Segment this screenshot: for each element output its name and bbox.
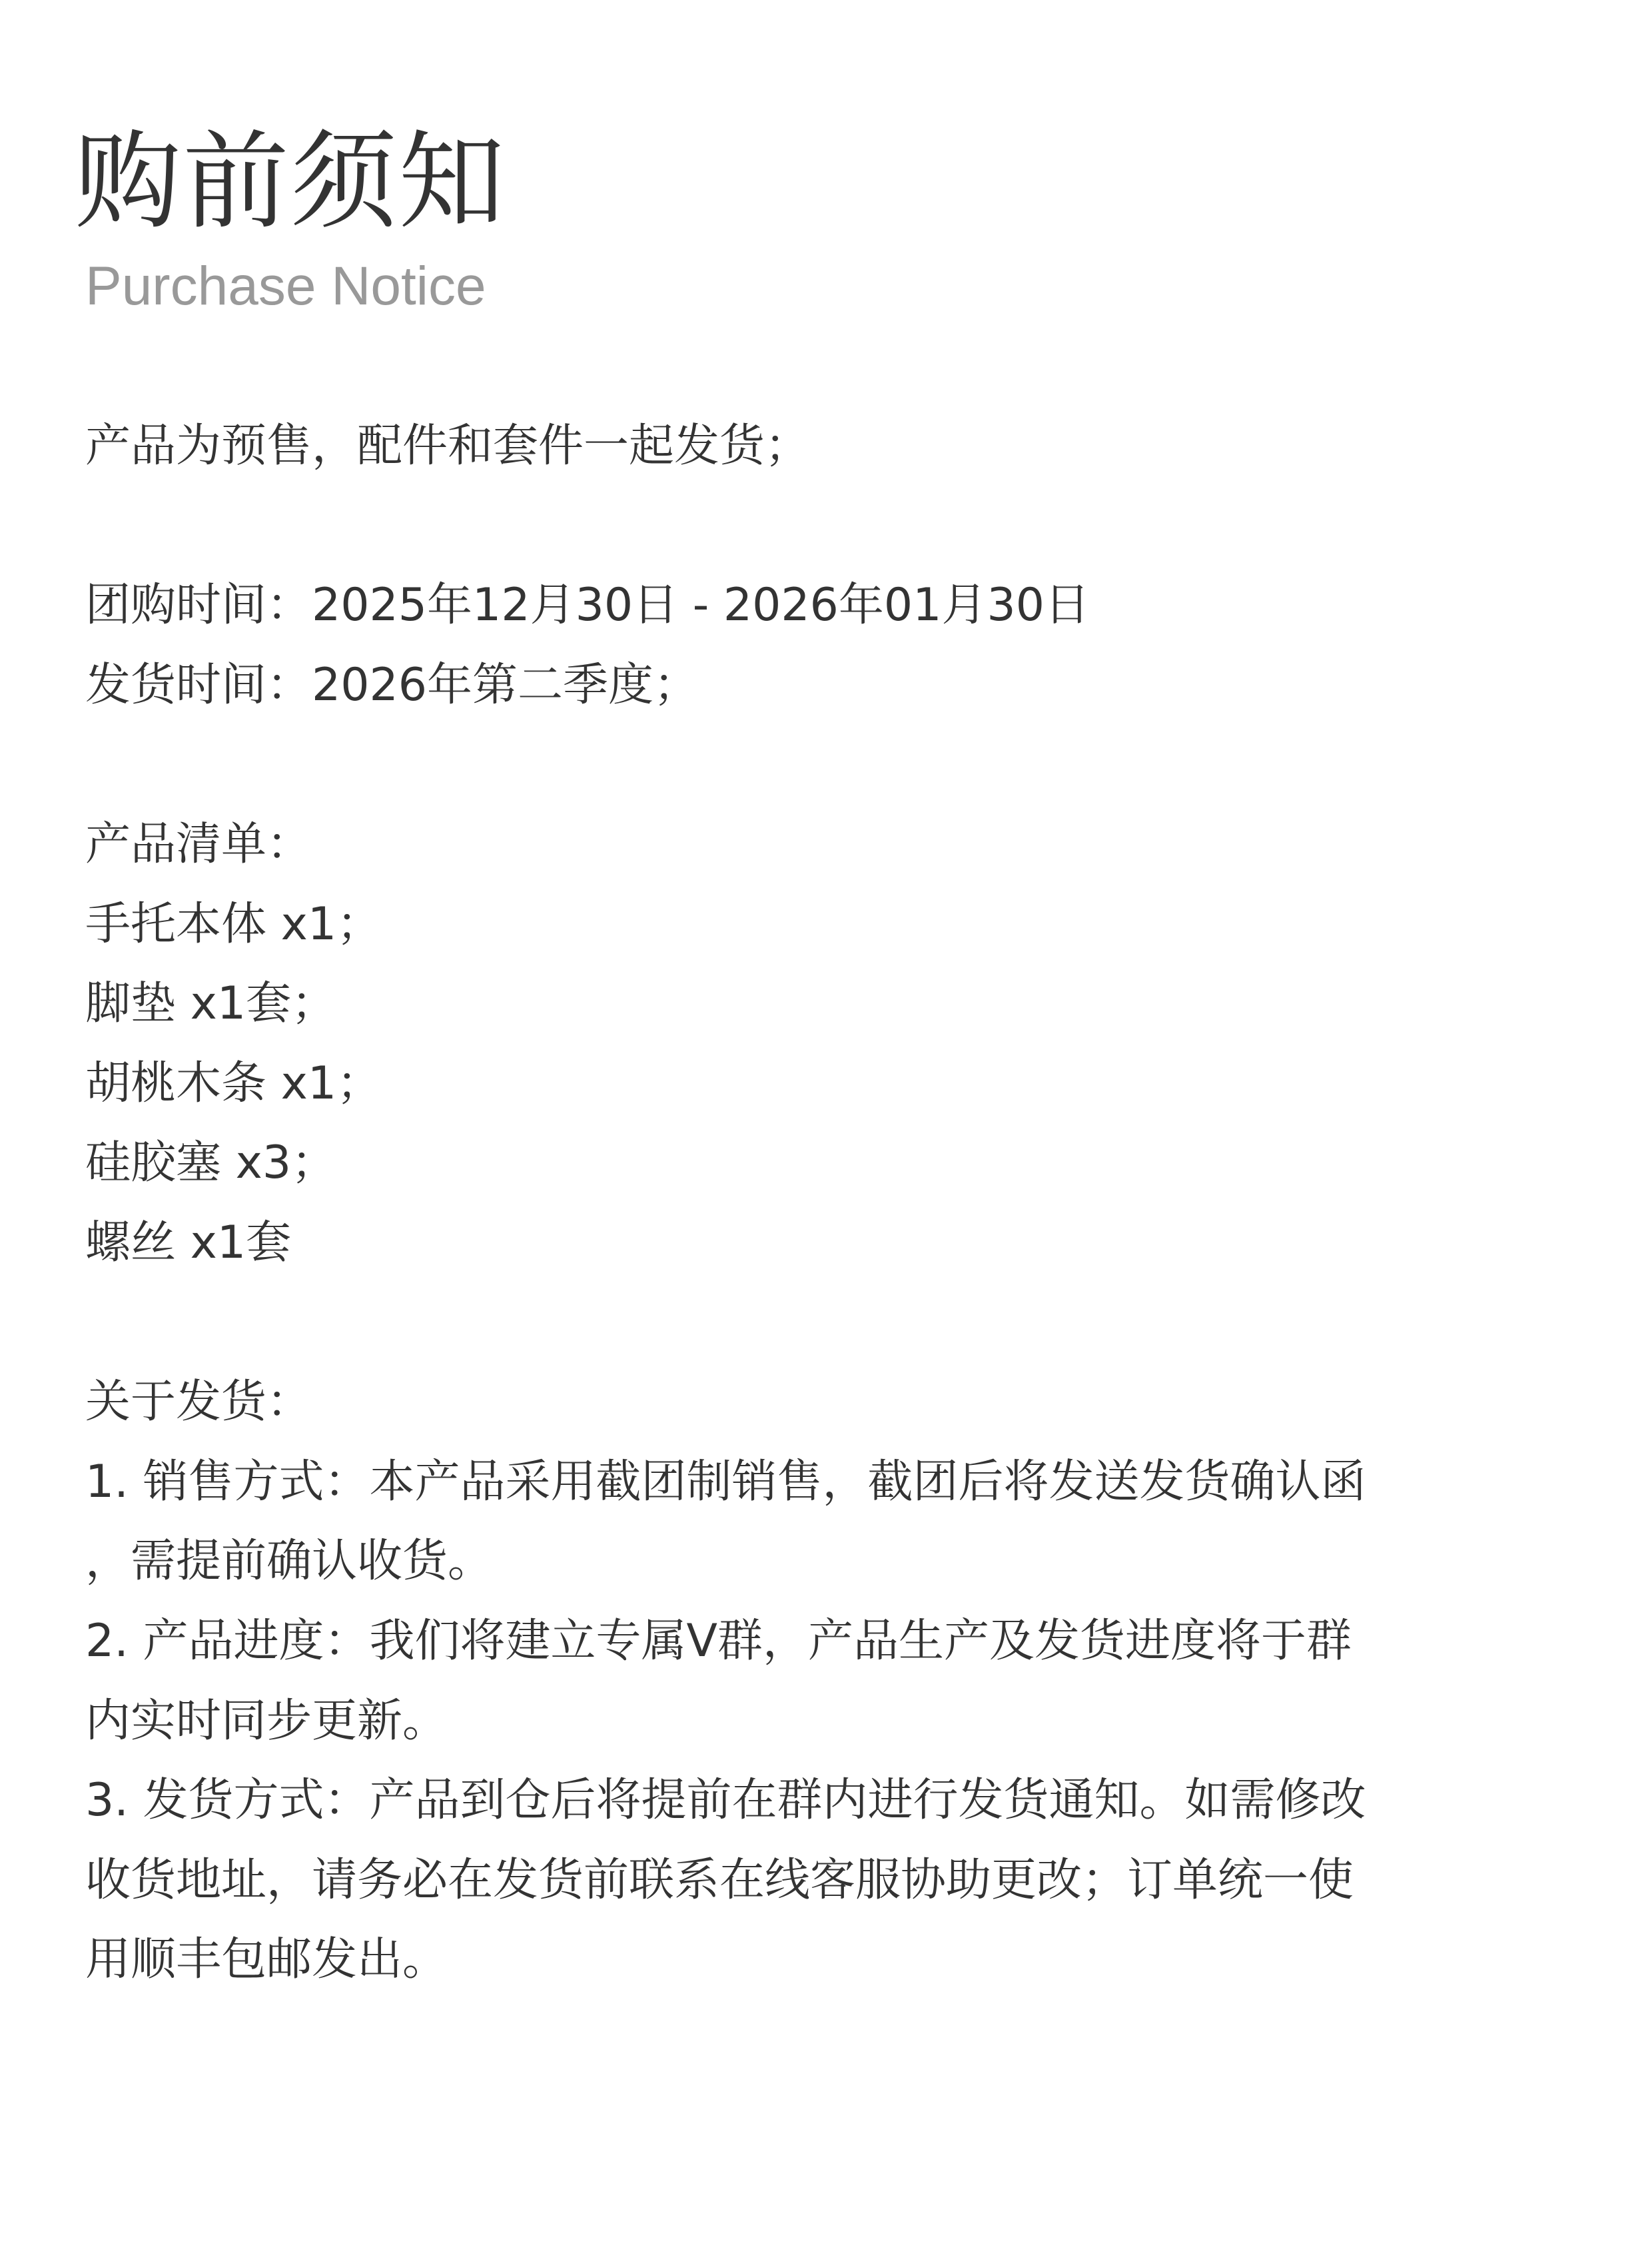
page-title: 购前须知 <box>75 119 506 245</box>
shipping-info-line: 用顺丰包邮发出。 <box>85 1920 1571 2000</box>
product-list-item: 胡桃木条 x1； <box>85 1044 1571 1124</box>
shipping-info-line: ，需提前确认收货。 <box>85 1522 1571 1601</box>
shipping-info-line: 收货地址，请务必在发货前联系在线客服协助更改；订单统一使 <box>85 1841 1571 1921</box>
spacer <box>85 1283 1571 1363</box>
shipping-info-line: 2. 产品进度：我们将建立专属V群，产品生产及发货进度将于群 <box>85 1601 1571 1681</box>
shipping-info-line: 内实时同步更新。 <box>85 1681 1571 1761</box>
shipping-info-line: 3. 发货方式：产品到仓后将提前在群内进行发货通知。如需修改 <box>85 1761 1571 1841</box>
product-list-item: 硅胶塞 x3； <box>85 1123 1571 1203</box>
page-subtitle: Purchase Notice <box>85 253 486 320</box>
product-list-item: 螺丝 x1套 <box>85 1203 1571 1283</box>
shipping-time: 发货时间：2026年第二季度； <box>85 646 1571 725</box>
spacer <box>85 486 1571 566</box>
shipping-info-heading: 关于发货： <box>85 1362 1571 1442</box>
intro-text: 产品为预售，配件和套件一起发货； <box>85 406 1571 486</box>
product-list-item: 脚垫 x1套； <box>85 964 1571 1044</box>
product-list-item: 手托本体 x1； <box>85 885 1571 965</box>
product-list-heading: 产品清单： <box>85 805 1571 885</box>
group-buy-time: 团购时间：2025年12月30日 - 2026年01月30日 <box>85 566 1571 646</box>
notice-body: 产品为预售，配件和套件一起发货； 团购时间：2025年12月30日 - 2026… <box>85 406 1571 2000</box>
shipping-info-line: 1. 销售方式：本产品采用截团制销售，截团后将发送发货确认函 <box>85 1442 1571 1522</box>
spacer <box>85 725 1571 805</box>
